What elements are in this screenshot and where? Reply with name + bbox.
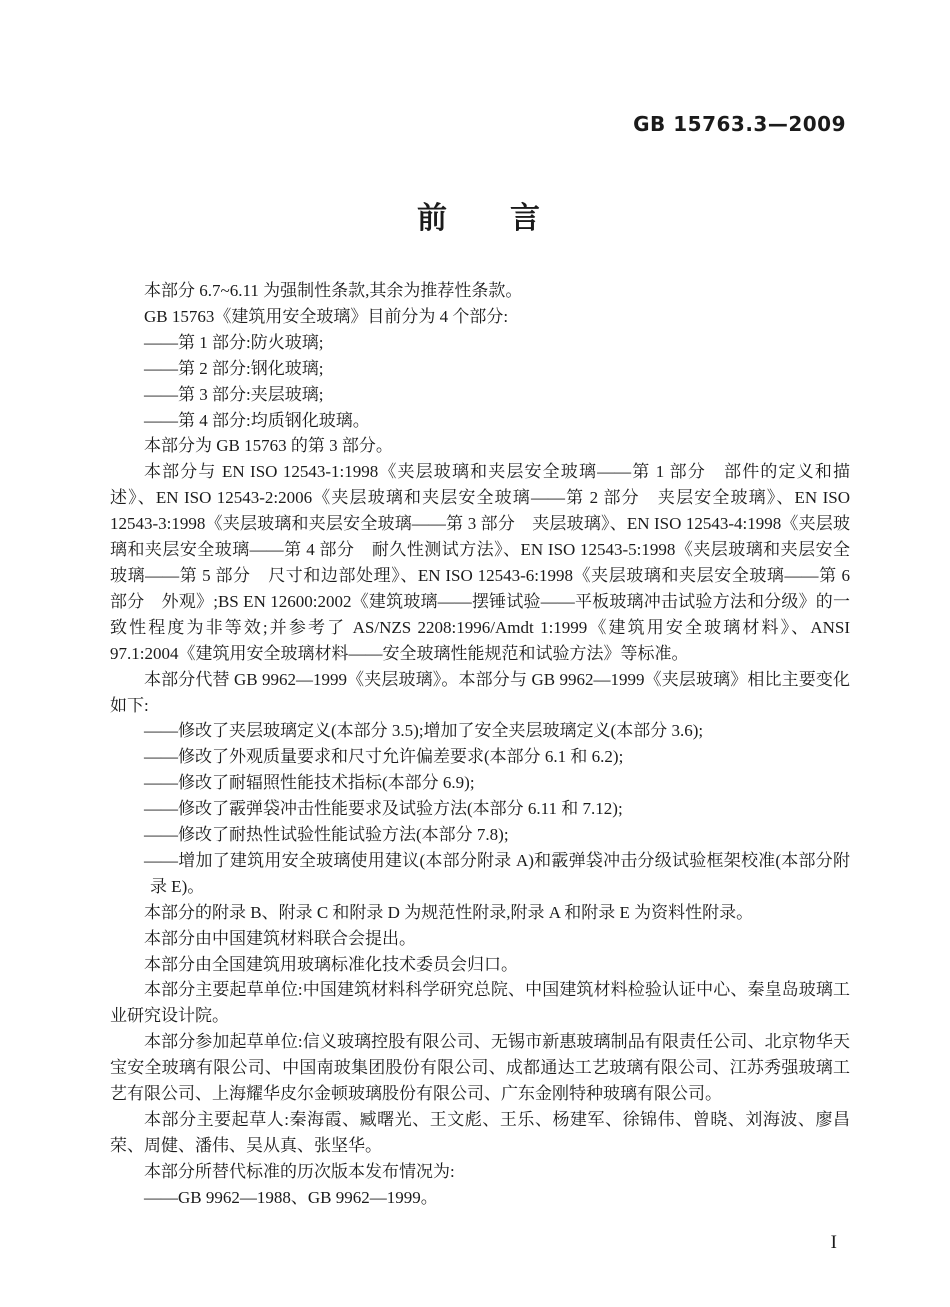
paragraph-19: 本部分主要起草单位:中国建筑材料科学研究总院、中国建筑材料检验认证中心、秦皇岛玻…	[110, 977, 850, 1029]
paragraph-9: 本部分代替 GB 9962—1999《夹层玻璃》。本部分与 GB 9962—19…	[110, 667, 850, 719]
paragraph-13: ——修改了霰弹袋冲击性能要求及试验方法(本部分 6.11 和 7.12);	[110, 796, 850, 822]
paragraph-14: ——修改了耐热性试验性能试验方法(本部分 7.8);	[110, 822, 850, 848]
foreword-body: 本部分 6.7~6.11 为强制性条款,其余为推荐性条款。GB 15763《建筑…	[110, 278, 850, 1211]
paragraph-7: 本部分为 GB 15763 的第 3 部分。	[110, 433, 850, 459]
paragraph-17: 本部分由中国建筑材料联合会提出。	[110, 926, 850, 952]
paragraph-1: 本部分 6.7~6.11 为强制性条款,其余为推荐性条款。	[110, 278, 850, 304]
page-title: 前 言	[110, 193, 848, 237]
paragraph-12: ——修改了耐辐照性能技术指标(本部分 6.9);	[110, 770, 850, 796]
paragraph-22: 本部分所替代标准的历次版本发布情况为:	[110, 1159, 850, 1185]
paragraph-18: 本部分由全国建筑用玻璃标准化技术委员会归口。	[110, 952, 850, 978]
paragraph-21: 本部分主要起草人:秦海霞、臧曙光、王文彪、王乐、杨建军、徐锦伟、曾晓、刘海波、廖…	[110, 1107, 850, 1159]
paragraph-5: ——第 3 部分:夹层玻璃;	[110, 382, 850, 408]
paragraph-15: ——增加了建筑用安全玻璃使用建议(本部分附录 A)和霰弹袋冲击分级试验框架校准(…	[110, 848, 850, 900]
paragraph-11: ——修改了外观质量要求和尺寸允许偏差要求(本部分 6.1 和 6.2);	[110, 744, 850, 770]
paragraph-8: 本部分与 EN ISO 12543-1:1998《夹层玻璃和夹层安全玻璃——第 …	[110, 459, 850, 666]
paragraph-6: ——第 4 部分:均质钢化玻璃。	[110, 408, 850, 434]
page-number: I	[831, 1232, 837, 1254]
paragraph-2: GB 15763《建筑用安全玻璃》目前分为 4 个部分:	[110, 304, 850, 330]
paragraph-10: ——修改了夹层玻璃定义(本部分 3.5);增加了安全夹层玻璃定义(本部分 3.6…	[110, 718, 850, 744]
paragraph-23: ——GB 9962—1988、GB 9962—1999。	[110, 1185, 850, 1211]
paragraph-20: 本部分参加起草单位:信义玻璃控股有限公司、无锡市新惠玻璃制品有限责任公司、北京物…	[110, 1029, 850, 1107]
standard-code: GB 15763.3—2009	[633, 112, 846, 136]
paragraph-4: ——第 2 部分:钢化玻璃;	[110, 356, 850, 382]
document-page: GB 15763.3—2009 前 言 本部分 6.7~6.11 为强制性条款,…	[0, 0, 950, 1307]
paragraph-16: 本部分的附录 B、附录 C 和附录 D 为规范性附录,附录 A 和附录 E 为资…	[110, 900, 850, 926]
paragraph-3: ——第 1 部分:防火玻璃;	[110, 330, 850, 356]
